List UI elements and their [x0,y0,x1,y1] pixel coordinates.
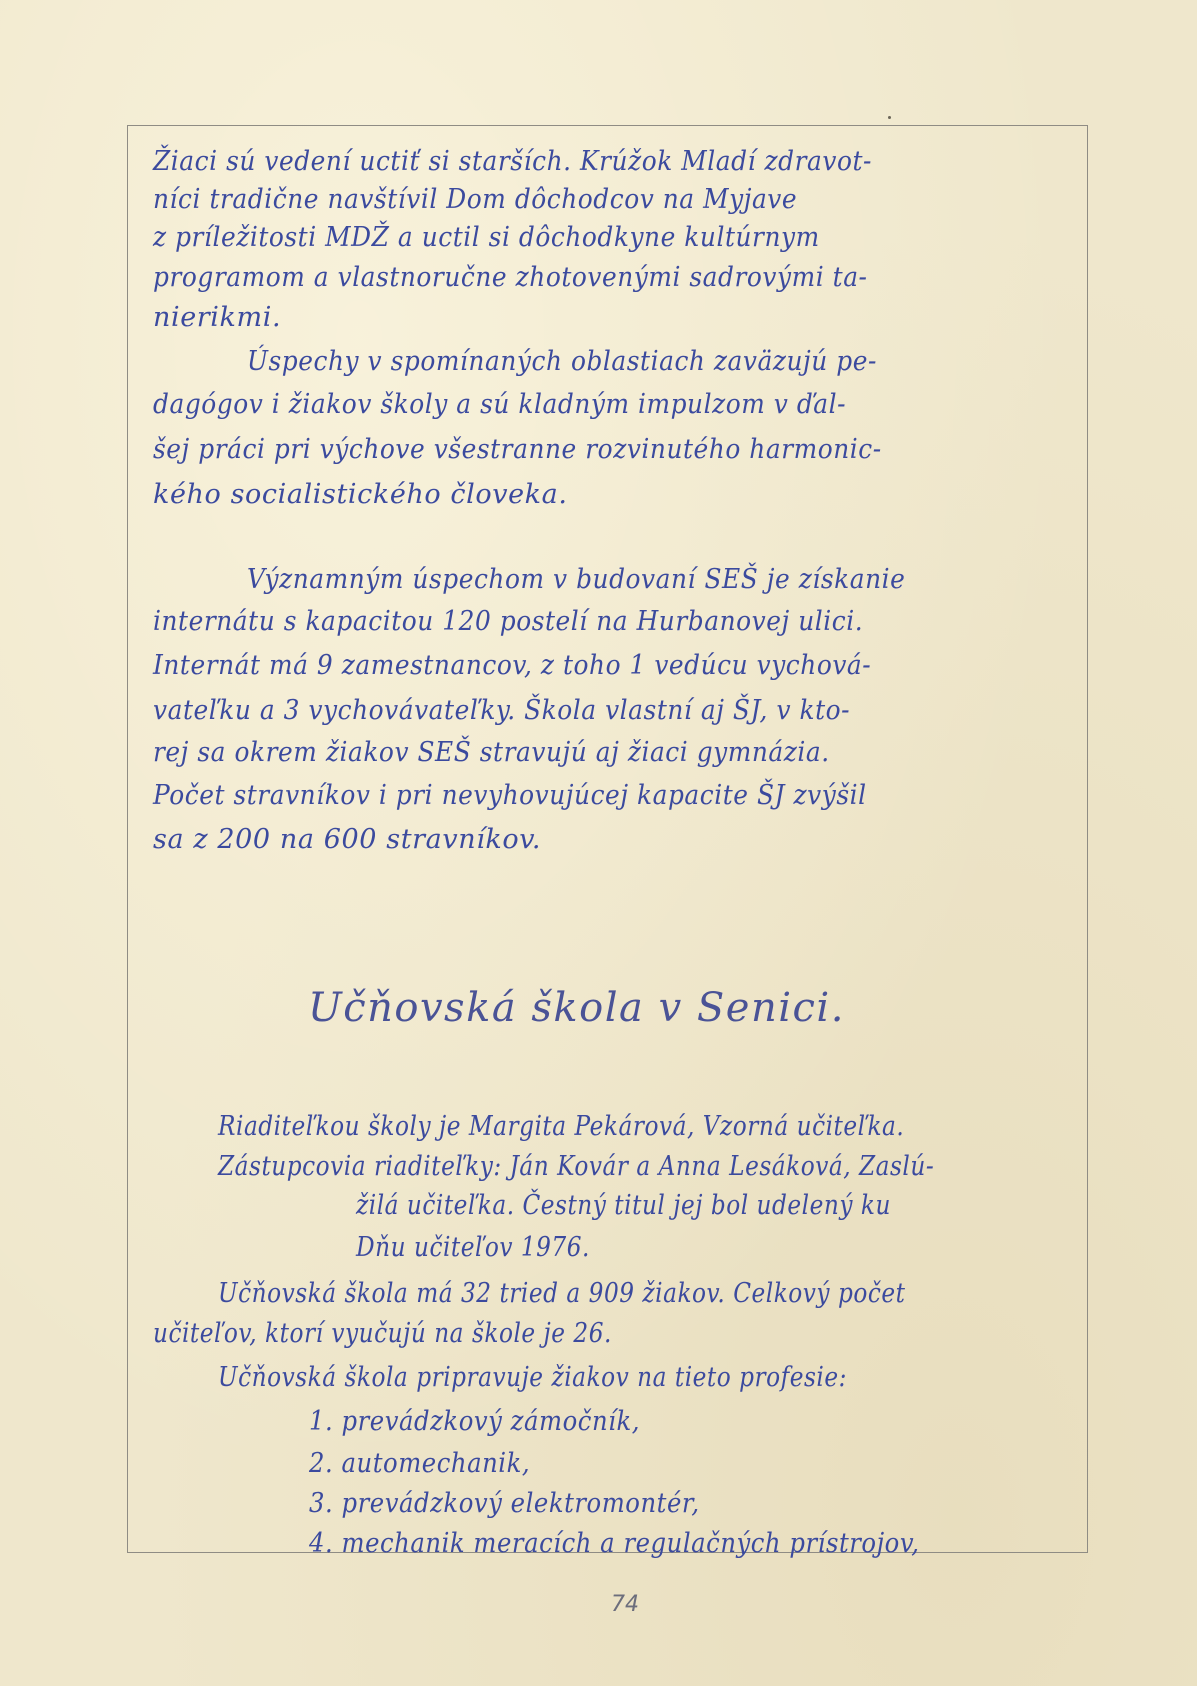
text-line: šej práci pri výchove všestranne rozvinu… [153,436,882,463]
text-line: Internát má 9 zamestnancov, z toho 1 ved… [153,652,871,679]
text-line: z príležitosti MDŽ a uctil si dôchodkyne… [153,224,820,251]
text-line: učiteľov, ktorí vyučujú na škole je 26. [153,1320,612,1347]
text-line: Učňovská škola pripravuje žiakov na tiet… [218,1364,847,1391]
profession-list-item: 4. mechanik meracích a regulačných príst… [309,1530,919,1557]
text-line: Žiaci sú vedení uctiť si starších. Krúžo… [153,148,872,175]
text-line: žilá učiteľka. Čestný titul jej bol udel… [356,1192,891,1219]
text-line: internátu s kapacitou 120 postelí na Hur… [153,608,863,635]
profession-list-item: 1. prevádzkový zámočník, [309,1408,640,1435]
paper-speck [888,116,891,119]
text-line: dagógov i žiakov školy a sú kladným impu… [153,391,846,418]
text-line: Významným úspechom v budovaní SEŠ je zís… [247,566,905,593]
text-line: vateľku a 3 vychovávateľky. Škola vlastn… [153,697,850,724]
text-line: rej sa okrem žiakov SEŠ stravujú aj žiac… [153,739,830,766]
text-line: níci tradične navštívil Dom dôchodcov na… [153,186,797,213]
text-line: Riaditeľkou školy je Margita Pekárová, V… [218,1113,904,1140]
page-number: 74 [611,1592,639,1617]
text-line: Zástupcovia riaditeľky: Ján Kovár a Anna… [218,1153,934,1180]
text-line: sa z 200 na 600 stravníkov. [153,826,541,853]
text-line: Dňu učiteľov 1976. [356,1234,590,1261]
section-heading: Učňovská škola v Senici. [308,985,845,1031]
text-line: nierikmi. [153,304,281,331]
text-line: Učňovská škola má 32 tried a 909 žiakov.… [218,1280,905,1307]
text-line: Počet stravníkov i pri nevyhovujúcej kap… [153,782,867,809]
handwritten-page: Žiaci sú vedení uctiť si starších. Krúžo… [0,0,1197,1686]
text-line: programom a vlastnoručne zhotovenými sad… [153,264,868,291]
text-line: Úspechy v spomínaných oblastiach zaväzuj… [247,348,877,375]
profession-list-item: 2. automechanik, [309,1450,530,1477]
text-line: kého socialistického človeka. [153,481,568,508]
profession-list-item: 3. prevádzkový elektromontér, [309,1490,700,1517]
